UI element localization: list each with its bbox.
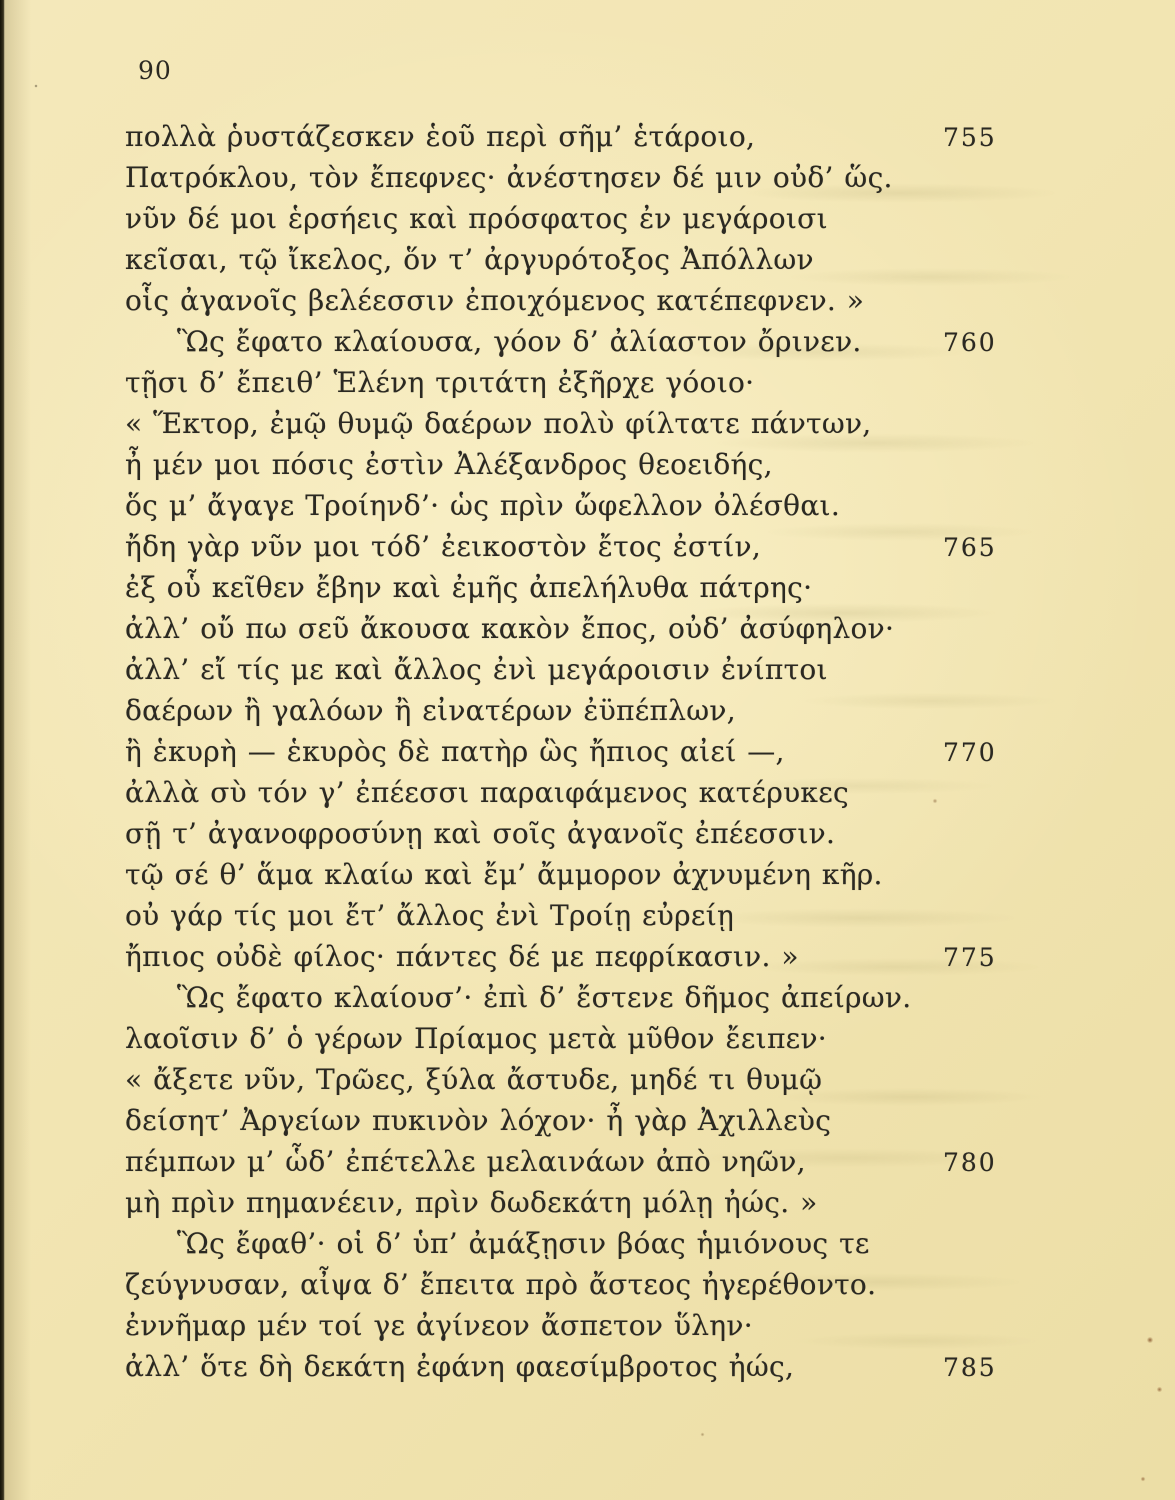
verse-line: Πατρόκλου, τὸν ἔπεφνες· ἀνέστησεν δέ μιν… — [125, 157, 1055, 198]
verse-text: ἐννῆμαρ μέν τοί γε ἀγίνεον ἄσπετον ὕλην· — [125, 1309, 753, 1342]
verse-text: Πατρόκλου, τὸν ἔπεφνες· ἀνέστησεν δέ μιν… — [125, 161, 893, 194]
verse-text: ἤπιος οὐδὲ φίλος· πάντες δέ με πεφρίκασι… — [125, 940, 799, 973]
verse-text: δείσητ’ Ἀργείων πυκινὸν λόχον· ἦ γὰρ Ἀχι… — [125, 1104, 831, 1137]
verse-line: ἀλλὰ σὺ τόν γ’ ἐπέεσσι παραιφάμενος κατέ… — [125, 772, 1055, 813]
verse-text: τῷ σέ θ’ ἅμα κλαίω καὶ ἔμ’ ἄμμορον ἀχνυμ… — [125, 858, 883, 891]
verse-text: Ὣς ἔφαθ’· οἱ δ’ ὑπ’ ἀμάξῃσιν βόας ἡμιόνο… — [177, 1227, 870, 1260]
verse-text: ἀλλ’ ὅτε δὴ δεκάτη ἐφάνη φαεσίμβροτος ἠώ… — [125, 1350, 794, 1383]
verse-line-number: 770 — [943, 732, 997, 773]
verse-line: « ἄξετε νῦν, Τρῶες, ξύλα ἄστυδε, μηδέ τι… — [125, 1059, 1055, 1100]
verse-text: ἤδη γὰρ νῦν μοι τόδ’ ἐεικοστὸν ἔτος ἐστί… — [125, 530, 761, 563]
verse-line: μὴ πρὶν πημανέειν, πρὶν δωδεκάτη μόλῃ ἠώ… — [125, 1182, 1055, 1223]
verse-text: οὐ γάρ τίς μοι ἔτ’ ἄλλος ἐνὶ Τροίῃ εὐρεί… — [125, 899, 734, 932]
verse-line-number: 755 — [943, 117, 997, 158]
verse-text: τῇσι δ’ ἔπειθ’ Ἑλένη τριτάτη ἐξῆρχε γόοι… — [125, 366, 754, 399]
verse-line: Ὣς ἔφαθ’· οἱ δ’ ὑπ’ ἀμάξῃσιν βόας ἡμιόνο… — [125, 1223, 1055, 1264]
verse-line: τῇσι δ’ ἔπειθ’ Ἑλένη τριτάτη ἐξῆρχε γόοι… — [125, 362, 1055, 403]
verse-line: « Ἕκτορ, ἐμῷ θυμῷ δαέρων πολὺ φίλτατε πά… — [125, 403, 1055, 444]
verse-line: οἷς ἀγανοῖς βελέεσσιν ἐποιχόμενος κατέπε… — [125, 280, 1055, 321]
verse-line: ζεύγνυσαν, αἶψα δ’ ἔπειτα πρὸ ἄστεος ἠγε… — [125, 1264, 1055, 1305]
verse-line: ἀλλ’ οὔ πω σεῦ ἄκουσα κακὸν ἔπος, οὐδ’ ἀ… — [125, 608, 1055, 649]
verse-line-number: 760 — [943, 322, 997, 363]
verse-text: δαέρων ἢ γαλόων ἢ εἰνατέρων ἐϋπέπλων, — [125, 694, 736, 727]
verse-line: ἤπιος οὐδὲ φίλος· πάντες δέ με πεφρίκασι… — [125, 936, 1055, 977]
verse-line: ἀλλ’ ὅτε δὴ δεκάτη ἐφάνη φαεσίμβροτος ἠώ… — [125, 1346, 1055, 1387]
verse-line: τῷ σέ θ’ ἅμα κλαίω καὶ ἔμ’ ἄμμορον ἀχνυμ… — [125, 854, 1055, 895]
verse-line-number: 780 — [943, 1142, 997, 1183]
verse-text: Ὣς ἔφατο κλαίουσ’· ἐπὶ δ’ ἔστενε δῆμος ἀ… — [177, 981, 911, 1014]
verse-text: Ὣς ἔφατο κλαίουσα, γόον δ’ ἀλίαστον ὄριν… — [177, 325, 862, 358]
verse-line: ἦ μέν μοι πόσις ἐστὶν Ἀλέξανδρος θεοειδή… — [125, 444, 1055, 485]
verse-line: ἢ ἑκυρὴ — ἑκυρὸς δὲ πατὴρ ὣς ἤπιος αἰεί … — [125, 731, 1055, 772]
verse-line: ἀλλ’ εἴ τίς με καὶ ἄλλος ἐνὶ μεγάροισιν … — [125, 649, 1055, 690]
verse-line: δείσητ’ Ἀργείων πυκινὸν λόχον· ἦ γὰρ Ἀχι… — [125, 1100, 1055, 1141]
verse-line: νῦν δέ μοι ἑρσήεις καὶ πρόσφατος ἐν μεγά… — [125, 198, 1055, 239]
verse-line-number: 775 — [943, 937, 997, 978]
verse-line: πολλὰ ῥυστάζεσκεν ἑοῦ περὶ σῆμ’ ἑτάροιο,… — [125, 116, 1055, 157]
verse-text: νῦν δέ μοι ἑρσήεις καὶ πρόσφατος ἐν μεγά… — [125, 202, 828, 235]
book-page: 90 πολλὰ ῥυστάζεσκεν ἑοῦ περὶ σῆμ’ ἑτάρο… — [0, 0, 1175, 1500]
verse-line-number: 785 — [943, 1347, 997, 1388]
verse-line-number: 765 — [943, 527, 997, 568]
verse-text: οἷς ἀγανοῖς βελέεσσιν ἐποιχόμενος κατέπε… — [125, 284, 864, 317]
verse-line: λαοῖσιν δ’ ὁ γέρων Πρίαμος μετὰ μῦθον ἔε… — [125, 1018, 1055, 1059]
verse-line: Ὣς ἔφατο κλαίουσα, γόον δ’ ἀλίαστον ὄριν… — [125, 321, 1055, 362]
verse-block: πολλὰ ῥυστάζεσκεν ἑοῦ περὶ σῆμ’ ἑτάροιο,… — [125, 116, 1055, 1387]
verse-text: ἐξ οὗ κεῖθεν ἔβην καὶ ἐμῆς ἀπελήλυθα πάτ… — [125, 571, 812, 604]
verse-line: ἤδη γὰρ νῦν μοι τόδ’ ἐεικοστὸν ἔτος ἐστί… — [125, 526, 1055, 567]
page-number: 90 — [138, 56, 172, 85]
verse-text: ἦ μέν μοι πόσις ἐστὶν Ἀλέξανδρος θεοειδή… — [125, 448, 773, 481]
verse-text: ἀλλὰ σὺ τόν γ’ ἐπέεσσι παραιφάμενος κατέ… — [125, 776, 849, 809]
verse-text: πολλὰ ῥυστάζεσκεν ἑοῦ περὶ σῆμ’ ἑτάροιο, — [125, 120, 755, 153]
verse-line: ὅς μ’ ἄγαγε Τροίηνδ’· ὡς πρὶν ὤφελλον ὀλ… — [125, 485, 1055, 526]
verse-text: ἀλλ’ εἴ τίς με καὶ ἄλλος ἐνὶ μεγάροισιν … — [125, 653, 828, 686]
verse-line: σῇ τ’ ἀγανοφροσύνῃ καὶ σοῖς ἀγανοῖς ἐπέε… — [125, 813, 1055, 854]
verse-text: λαοῖσιν δ’ ὁ γέρων Πρίαμος μετὰ μῦθον ἔε… — [125, 1022, 827, 1055]
verse-line: ἐξ οὗ κεῖθεν ἔβην καὶ ἐμῆς ἀπελήλυθα πάτ… — [125, 567, 1055, 608]
verse-text: « Ἕκτορ, ἐμῷ θυμῷ δαέρων πολὺ φίλτατε πά… — [125, 407, 872, 440]
verse-line: οὐ γάρ τίς μοι ἔτ’ ἄλλος ἐνὶ Τροίῃ εὐρεί… — [125, 895, 1055, 936]
verse-line: κεῖσαι, τῷ ἴκελος, ὅν τ’ ἀργυρότοξος Ἀπό… — [125, 239, 1055, 280]
verse-text: ἢ ἑκυρὴ — ἑκυρὸς δὲ πατὴρ ὣς ἤπιος αἰεί … — [125, 735, 785, 768]
verse-line: πέμπων μ’ ὧδ’ ἐπέτελλε μελαινάων ἀπὸ νηῶ… — [125, 1141, 1055, 1182]
verse-text: κεῖσαι, τῷ ἴκελος, ὅν τ’ ἀργυρότοξος Ἀπό… — [125, 243, 814, 276]
verse-line: Ὣς ἔφατο κλαίουσ’· ἐπὶ δ’ ἔστενε δῆμος ἀ… — [125, 977, 1055, 1018]
verse-text: ἀλλ’ οὔ πω σεῦ ἄκουσα κακὸν ἔπος, οὐδ’ ἀ… — [125, 612, 894, 645]
verse-text: σῇ τ’ ἀγανοφροσύνῃ καὶ σοῖς ἀγανοῖς ἐπέε… — [125, 817, 835, 850]
verse-line: δαέρων ἢ γαλόων ἢ εἰνατέρων ἐϋπέπλων, — [125, 690, 1055, 731]
verse-text: ζεύγνυσαν, αἶψα δ’ ἔπειτα πρὸ ἄστεος ἠγε… — [125, 1268, 876, 1301]
verse-text: μὴ πρὶν πημανέειν, πρὶν δωδεκάτη μόλῃ ἠώ… — [125, 1186, 818, 1219]
verse-text: ὅς μ’ ἄγαγε Τροίηνδ’· ὡς πρὶν ὤφελλον ὀλ… — [125, 489, 840, 522]
verse-line: ἐννῆμαρ μέν τοί γε ἀγίνεον ἄσπετον ὕλην· — [125, 1305, 1055, 1346]
verse-text: « ἄξετε νῦν, Τρῶες, ξύλα ἄστυδε, μηδέ τι… — [125, 1063, 822, 1096]
verse-text: πέμπων μ’ ὧδ’ ἐπέτελλε μελαινάων ἀπὸ νηῶ… — [125, 1145, 806, 1178]
